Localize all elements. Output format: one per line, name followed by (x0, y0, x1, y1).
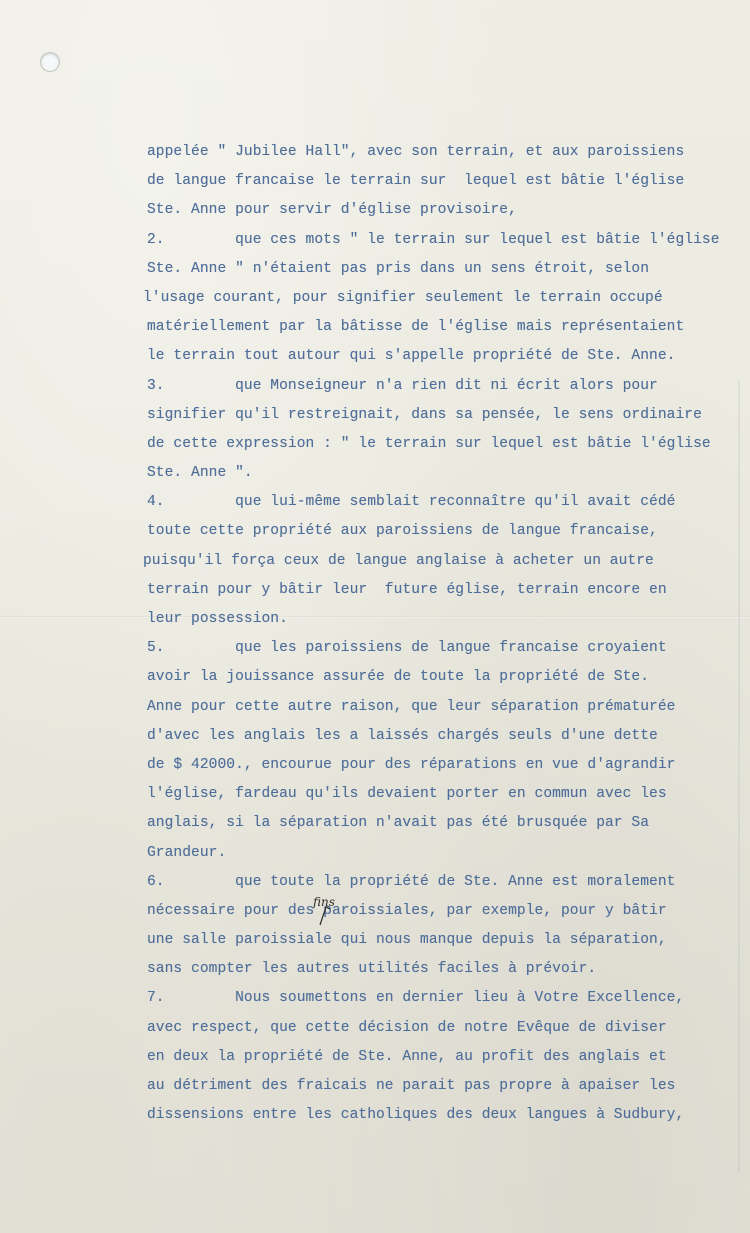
insertion-caret-icon (318, 905, 332, 927)
text-line: avec respect, que cette décision de notr… (147, 1014, 747, 1043)
numbered-point-3: 3. que Monseigneur n'a rien dit ni écrit… (147, 372, 747, 401)
text-line: en deux la propriété de Ste. Anne, au pr… (147, 1043, 747, 1072)
text-line: Ste. Anne ". (147, 459, 747, 488)
text-line: de cette expression : " le terrain sur l… (147, 430, 747, 459)
text-line: matériellement par la bâtisse de l'églis… (147, 313, 747, 342)
document-page: appelée " Jubilee Hall", avec son terrai… (0, 0, 750, 1233)
text-line: appelée " Jubilee Hall", avec son terrai… (147, 138, 747, 167)
text-line: nécessaire pour des paroissiales, par ex… (147, 897, 747, 926)
text-line: leur possession. (147, 605, 747, 634)
text-line: d'avec les anglais les a laissés chargés… (147, 722, 747, 751)
text-line: Grandeur. (147, 839, 747, 868)
text-line: Ste. Anne pour servir d'église provisoir… (147, 196, 747, 225)
text-line: avoir la jouissance assurée de toute la … (147, 663, 747, 692)
text-line: au détriment des fraicais ne parait pas … (147, 1072, 747, 1101)
text-line: Ste. Anne " n'étaient pas pris dans un s… (147, 255, 747, 284)
text-line: de $ 42000., encourue pour des réparatio… (147, 751, 747, 780)
text-line: anglais, si la séparation n'avait pas ét… (147, 809, 747, 838)
text-line: une salle paroissiale qui nous manque de… (147, 926, 747, 955)
numbered-point-6: 6. que toute la propriété de Ste. Anne e… (147, 868, 747, 897)
numbered-point-5: 5. que les paroissiens de langue francai… (147, 634, 747, 663)
text-line: puisqu'il força ceux de langue anglaise … (143, 547, 747, 576)
text-line: l'église, fardeau qu'ils devaient porter… (147, 780, 747, 809)
text-line: le terrain tout autour qui s'appelle pro… (147, 342, 747, 371)
numbered-point-4: 4. que lui-même semblait reconnaître qu'… (147, 488, 747, 517)
text-line: de langue francaise le terrain sur leque… (147, 167, 747, 196)
punch-hole (41, 53, 59, 71)
text-line: toute cette propriété aux paroissiens de… (147, 517, 747, 546)
numbered-point-2: 2. que ces mots " le terrain sur lequel … (147, 226, 747, 255)
text-line: terrain pour y bâtir leur future église,… (147, 576, 747, 605)
text-line: l'usage courant, pour signifier seulemen… (143, 284, 747, 313)
text-line: dissensions entre les catholiques des de… (147, 1101, 747, 1130)
text-line: signifier qu'il restreignait, dans sa pe… (147, 401, 747, 430)
text-line: sans compter les autres utilités faciles… (147, 955, 747, 984)
typewritten-body: appelée " Jubilee Hall", avec son terrai… (147, 138, 747, 1130)
numbered-point-7: 7. Nous soumettons en dernier lieu à Vot… (147, 984, 747, 1013)
text-line: Anne pour cette autre raison, que leur s… (147, 693, 747, 722)
